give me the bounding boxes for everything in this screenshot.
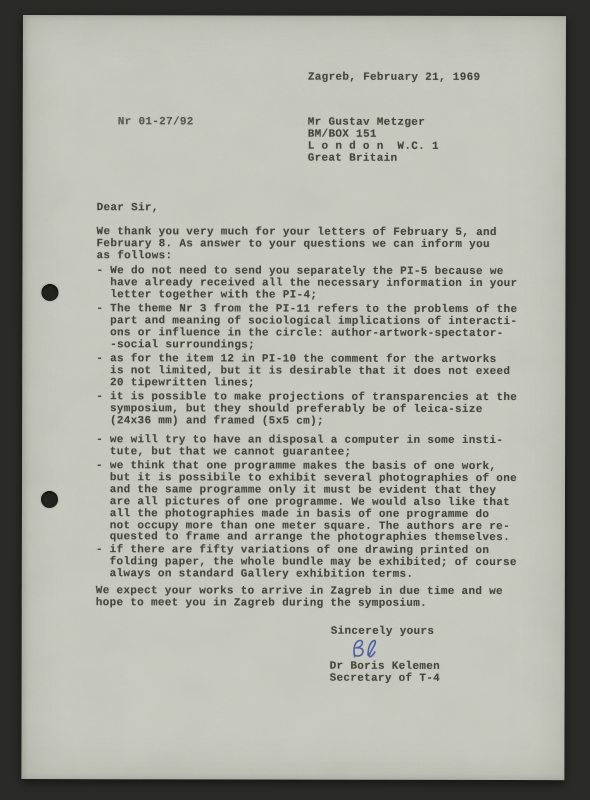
salutation: Dear Sir, [97,203,159,215]
intro-paragraph: We thank you very much for your letters … [96,227,496,264]
bullet-theme-pi11: - The theme Nr 3 from the PI-11 refers t… [96,304,517,353]
reference-number: Nr 01-27/92 [118,117,194,129]
punch-hole-bottom [41,491,58,508]
letter-page: Zagreb, February 21, 1969 Nr 01-27/92 Mr… [21,15,566,780]
closing-paragraph: We expect your works to arrive in Zagreb… [96,586,503,611]
recipient-address: Mr Gustav Metzger BM/BOX 151 L o n d o n… [308,118,439,166]
bullet-programme: - we think that one programme makes the … [96,461,517,545]
bullet-pi5: - We do not need to send you separately … [96,266,517,303]
bullet-computer: - we will try to have an disposal a comp… [96,435,503,460]
handwritten-initials [350,638,384,662]
signer-title: Secretary of T-4 [330,674,440,686]
bullet-drawing-variations: - if there are fifty variations of one d… [96,545,517,582]
bullet-transparencies: - it is possible to make projections of … [96,392,517,429]
punch-hole-top [41,284,58,301]
scan-background: Zagreb, February 21, 1969 Nr 01-27/92 Mr… [0,0,590,800]
bullet-item12-pi10: - as for the item 12 in PI-10 the commen… [96,354,510,391]
date-line: Zagreb, February 21, 1969 [308,73,481,85]
